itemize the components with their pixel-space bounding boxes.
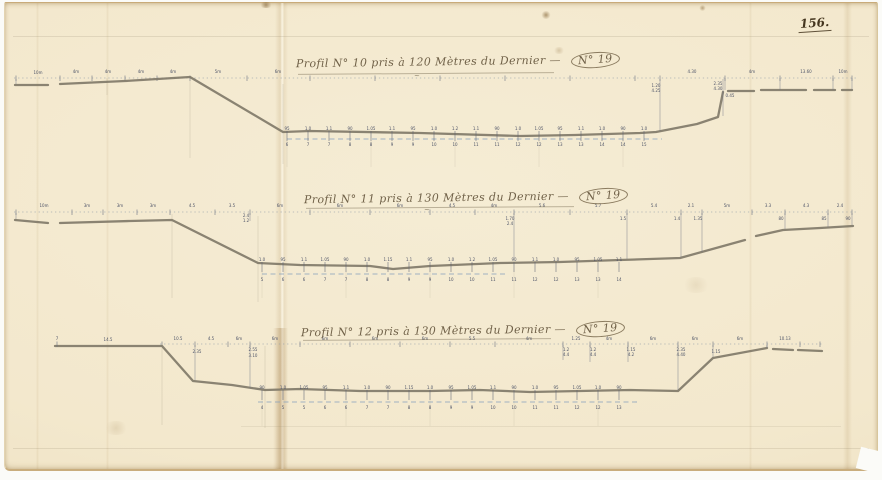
tiny-number-label: 1.1 <box>326 126 333 131</box>
tiny-number-label: 11 <box>490 277 496 282</box>
tiny-number-label: 1.05 <box>535 126 544 131</box>
tiny-number-label: 14.5 <box>104 337 113 342</box>
tiny-number-label: 85 <box>821 216 827 221</box>
station-ticks: 1.059561.161.0579071.081.1581.199591.010… <box>259 257 623 298</box>
tiny-number-label: 95 <box>574 257 580 262</box>
tiny-number-label: 13 <box>578 142 584 147</box>
tiny-number-label: 1.1 <box>490 385 497 390</box>
tiny-number-label: 95 <box>557 126 563 131</box>
tiny-number-label: 3m <box>84 203 91 208</box>
tiny-number-label: 4m <box>749 69 756 74</box>
tiny-number-label: 3.10 <box>249 353 258 358</box>
tiny-number-label: 90 <box>620 126 626 131</box>
tiny-number-label: 90 <box>343 257 349 262</box>
tiny-number-label: 1.0 <box>599 126 606 131</box>
tiny-number-label: 5.4 <box>651 203 658 208</box>
tiny-number-label: 9 <box>429 277 432 282</box>
profil-10: 10m4m4m4m4m5m6m4.304m13.6010m1.204.252.3… <box>14 69 856 167</box>
tiny-number-label: 10 <box>490 405 496 410</box>
profile-1-title-text: Profil N° 10 pris à 120 Mètres du Dernie… <box>296 54 561 71</box>
tiny-number-label: 1.0 <box>515 126 522 131</box>
tiny-number-label: 6 <box>282 277 285 282</box>
tiny-number-label: 4.4 <box>563 352 570 357</box>
tiny-number-label: 11 <box>494 142 500 147</box>
tiny-number-label: 5m <box>215 69 222 74</box>
tiny-number-label: 2.55 <box>249 347 258 352</box>
tiny-number-label: 8 <box>387 277 390 282</box>
tiny-number-label: 12 <box>536 142 542 147</box>
tiny-number-label: 1.05 <box>468 385 477 390</box>
tiny-number-label: 2.4 <box>507 221 514 226</box>
tiny-number-label: 4.4 <box>590 352 597 357</box>
tiny-number-label: 1.1 <box>389 126 396 131</box>
page-number: 156. <box>797 15 831 33</box>
profile-1-number-badge: N° 19 <box>570 50 620 69</box>
tiny-number-label: 8 <box>349 142 352 147</box>
tiny-number-label: 5 <box>303 405 306 410</box>
tiny-number-label: 4m <box>138 69 145 74</box>
tiny-number-label: 10m <box>40 203 49 208</box>
tiny-number-label: 80 <box>778 216 784 221</box>
tiny-number-label: 7 <box>345 277 348 282</box>
tiny-number-label: 6m <box>272 336 279 341</box>
tiny-number-label: 9 <box>412 142 415 147</box>
tiny-number-label: 7 <box>307 142 310 147</box>
tiny-number-label: 7 <box>366 405 369 410</box>
tiny-number-label: 90 <box>845 216 851 221</box>
tiny-number-label: 90 <box>511 257 517 262</box>
tiny-number-label: 6 <box>324 405 327 410</box>
tiny-number-label: 1.1 <box>301 257 308 262</box>
tiny-number-label: 13 <box>616 405 622 410</box>
tiny-number-label: 4 <box>261 405 264 410</box>
tiny-number-label: 10m <box>34 70 43 75</box>
tiny-number-label: 1.05 <box>594 257 603 262</box>
profile-2-number-badge: N° 19 <box>578 186 628 205</box>
tiny-number-label: 0.45 <box>726 93 735 98</box>
tiny-number-label: 12 <box>553 277 559 282</box>
tiny-number-label: 1.0 <box>553 257 560 262</box>
tiny-number-label: 4.30 <box>714 86 723 91</box>
tiny-number-label: 6m <box>277 203 284 208</box>
tiny-number-label: 1.0 <box>448 257 455 262</box>
tiny-number-label: 13 <box>595 277 601 282</box>
tiny-number-label: 6 <box>345 405 348 410</box>
ground-profile-line <box>15 220 48 223</box>
tiny-number-label: 2.4 <box>837 203 844 208</box>
tiny-number-label: 10 <box>431 142 437 147</box>
tiny-number-label: 4.5 <box>208 336 215 341</box>
tiny-number-label: 2.1 <box>688 203 695 208</box>
tiny-number-label: 1.0 <box>641 126 648 131</box>
tiny-number-label: 10.13 <box>779 336 791 341</box>
tiny-number-label: 1.1 <box>473 126 480 131</box>
tiny-number-label: 6m <box>692 336 699 341</box>
profile-2-title-text: Profil N° 11 pris à 130 Mètres du Dernie… <box>304 190 569 207</box>
tiny-number-label: 95 <box>280 257 286 262</box>
tiny-number-label: 3m <box>150 203 157 208</box>
tiny-number-label: 11 <box>532 405 538 410</box>
tiny-number-label: 90 <box>616 385 622 390</box>
tiny-number-label: 95 <box>284 126 290 131</box>
tiny-number-label: 10 <box>469 277 475 282</box>
title-flourish: ~ <box>424 206 430 214</box>
tiny-number-label: 4.40 <box>677 352 686 357</box>
tiny-number-label: 1.0 <box>364 385 371 390</box>
tiny-number-label: 4m <box>73 69 80 74</box>
profile-3-number-badge: N° 19 <box>575 319 625 338</box>
ground-profile-line <box>798 350 822 351</box>
tiny-number-label: 1.0 <box>532 385 539 390</box>
tiny-number-label: 7 <box>324 277 327 282</box>
tiny-number-label: 1.2 <box>469 257 476 262</box>
tiny-number-label: 1.0 <box>364 257 371 262</box>
tiny-number-label: 8 <box>366 277 369 282</box>
tiny-number-label: 9 <box>450 405 453 410</box>
tiny-number-label: 4.30 <box>688 69 697 74</box>
tiny-number-label: 1.2 <box>452 126 459 131</box>
tiny-number-label: 6 <box>286 142 289 147</box>
tiny-number-label: 8 <box>370 142 373 147</box>
tiny-number-label: 14 <box>616 277 622 282</box>
tiny-number-label: 95 <box>553 385 559 390</box>
tiny-number-label: 6m <box>650 336 657 341</box>
tiny-number-label: 4.5 <box>189 203 196 208</box>
tiny-number-label: 15 <box>641 142 647 147</box>
profil-11: 10m3m3m3m4.53.56m6m6m4.54m5.65.75.42.15m… <box>14 203 856 302</box>
tiny-number-label: 3m <box>117 203 124 208</box>
tiny-number-label: 4m <box>105 69 112 74</box>
tiny-number-label: 7 <box>387 405 390 410</box>
tiny-number-label: 1.0 <box>259 257 266 262</box>
tiny-number-label: 13 <box>574 277 580 282</box>
tiny-number-label: 1.05 <box>367 126 376 131</box>
tiny-number-label: 90 <box>511 385 517 390</box>
ground-profile-line <box>756 226 853 236</box>
tiny-number-label: 1.0 <box>305 126 312 131</box>
tiny-number-label: 3.3 <box>765 203 772 208</box>
tiny-number-label: 1.35 <box>694 216 703 221</box>
tiny-number-label: 1.05 <box>573 385 582 390</box>
tiny-number-label: 1.15 <box>384 257 393 262</box>
tiny-number-label: 10 <box>452 142 458 147</box>
tiny-number-label: 95 <box>427 257 433 262</box>
tiny-number-label: 9 <box>471 405 474 410</box>
tiny-number-label: 95 <box>322 385 328 390</box>
tiny-number-label: 1.0 <box>280 385 287 390</box>
tiny-number-label: 12 <box>515 142 521 147</box>
tiny-number-label: 11 <box>553 405 559 410</box>
tiny-number-label: 1.1 <box>343 385 350 390</box>
tiny-number-label: 1.5 <box>620 216 627 221</box>
tiny-number-label: 1.0 <box>595 385 602 390</box>
tiny-number-label: 90 <box>494 126 500 131</box>
tiny-number-label: 5 <box>261 277 264 282</box>
ground-profile-line <box>773 349 793 350</box>
tiny-number-label: 14 <box>620 142 626 147</box>
tiny-number-label: 6m <box>236 336 243 341</box>
tiny-number-label: 1.05 <box>321 257 330 262</box>
tiny-number-label: 10 <box>511 405 517 410</box>
tiny-number-label: 1.05 <box>489 257 498 262</box>
tiny-number-label: 1.0 <box>431 126 438 131</box>
tiny-number-label: 4.25 <box>652 88 661 93</box>
tiny-number-label: 6m <box>737 336 744 341</box>
tiny-number-label: 6m <box>275 69 282 74</box>
tiny-number-label: 3.5 <box>229 203 236 208</box>
tiny-number-label: 8 <box>429 405 432 410</box>
tiny-number-label: 14 <box>599 142 605 147</box>
tiny-number-label: 1.2 <box>243 218 250 223</box>
tiny-number-label: 1.15 <box>712 349 721 354</box>
tiny-number-label: 12 <box>595 405 601 410</box>
tiny-number-label: 5 <box>282 405 285 410</box>
tiny-number-label: 90 <box>347 126 353 131</box>
tiny-number-label: 90 <box>385 385 391 390</box>
tiny-number-label: 12 <box>574 405 580 410</box>
tiny-number-label: 4.2 <box>628 352 635 357</box>
tiny-number-label: 1.1 <box>578 126 585 131</box>
tiny-number-label: 7 <box>56 336 59 341</box>
title-flourish: ~ <box>414 72 420 80</box>
tiny-number-label: 13 <box>557 142 563 147</box>
ground-profile-line <box>60 220 745 269</box>
tiny-number-label: 8 <box>408 405 411 410</box>
tiny-number-label: 4m <box>170 69 177 74</box>
tiny-number-label: 13.60 <box>800 69 812 74</box>
tiny-number-label: 10.5 <box>174 336 183 341</box>
tiny-number-label: 95 <box>448 385 454 390</box>
tiny-number-label: 1.4 <box>674 216 681 221</box>
tiny-number-label: 11 <box>511 277 517 282</box>
tiny-number-label: 1.1 <box>532 257 539 262</box>
tiny-number-label: 10 <box>448 277 454 282</box>
tiny-number-label: 4.3 <box>803 203 810 208</box>
tiny-number-label: 9 <box>391 142 394 147</box>
tiny-number-label: 6 <box>303 277 306 282</box>
tiny-number-label: 10m <box>839 69 848 74</box>
tiny-number-label: 2.35 <box>193 349 202 354</box>
tiny-number-label: 7 <box>328 142 331 147</box>
profil-12: 714.510.54.56m6m6m6m6m5.54m1.254m6m6m6m1… <box>55 336 822 428</box>
tiny-number-label: 90 <box>259 385 265 390</box>
tiny-number-label: 1.05 <box>300 385 309 390</box>
tiny-number-label: 1.0 <box>427 385 434 390</box>
tiny-number-label: 12 <box>532 277 538 282</box>
tiny-number-label: 95 <box>410 126 416 131</box>
tiny-number-label: 5m <box>724 203 731 208</box>
tiny-number-label: 1.1 <box>616 257 623 262</box>
tiny-number-label: 1.1 <box>406 257 413 262</box>
tiny-number-label: 9 <box>408 277 411 282</box>
tiny-number-label: 1.15 <box>405 385 414 390</box>
tiny-number-label: 11 <box>473 142 479 147</box>
profile-3-title-text: Profil N° 12 pris à 130 Mètres du Dernie… <box>301 323 566 340</box>
